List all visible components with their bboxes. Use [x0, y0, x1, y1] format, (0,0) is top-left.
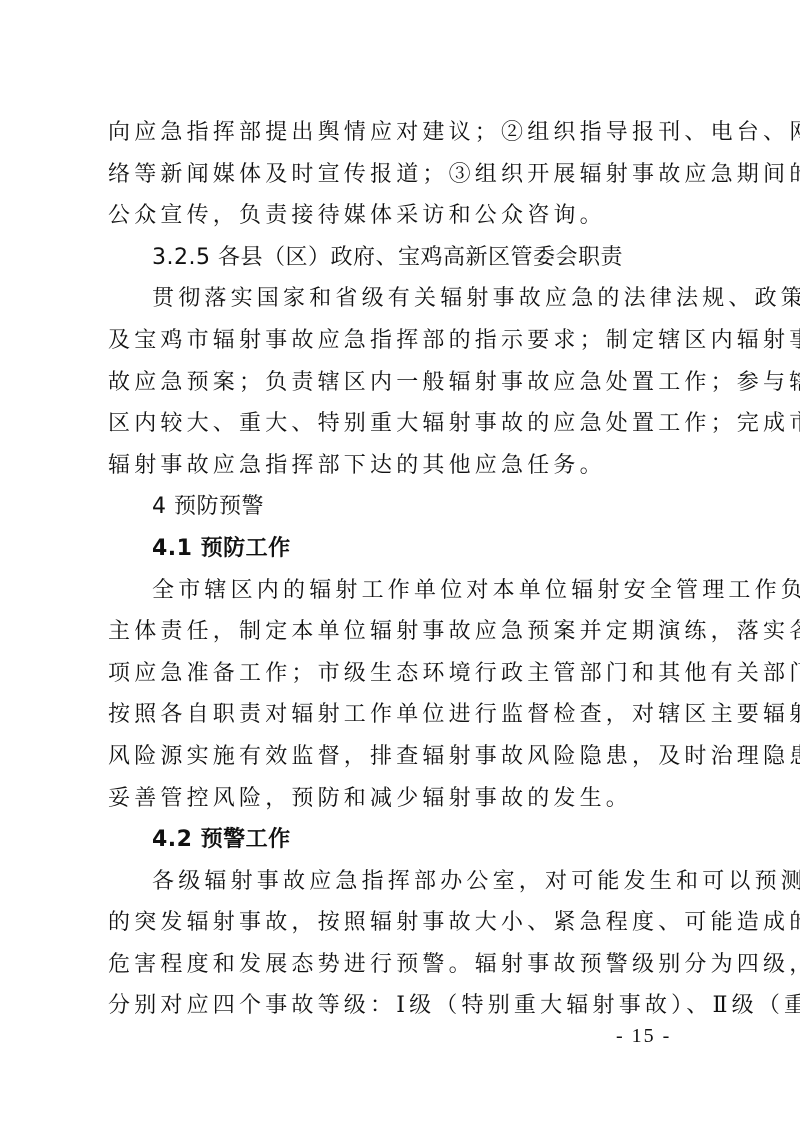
paragraph-line: 故应急预案；负责辖区内一般辐射事故应急处置工作；参与辖 [108, 362, 694, 404]
paragraph-line: 主体责任，制定本单位辐射事故应急预案并定期演练，落实各 [108, 611, 694, 653]
section-heading-4: 4 预防预警 [108, 486, 694, 528]
paragraph-line: 按照各自职责对辐射工作单位进行监督检查，对辖区主要辐射 [108, 694, 694, 736]
paragraph-line: 区内较大、重大、特别重大辐射事故的应急处置工作；完成市 [108, 403, 694, 445]
section-heading-4-2: 4.2 预警工作 [108, 819, 694, 861]
paragraph-line: 公众宣传，负责接待媒体采访和公众咨询。 [108, 195, 694, 237]
paragraph-line: 各级辐射事故应急指挥部办公室，对可能发生和可以预测 [108, 861, 694, 903]
paragraph-line: 分别对应四个事故等级：Ⅰ级（特别重大辐射事故）、Ⅱ级（重 [108, 985, 694, 1027]
section-heading-3-2-5: 3.2.5 各县（区）政府、宝鸡高新区管委会职责 [108, 237, 694, 279]
section-heading-4-1: 4.1 预防工作 [108, 528, 694, 570]
page-number: - 15 - [616, 1025, 671, 1048]
paragraph-line: 妥善管控风险，预防和减少辐射事故的发生。 [108, 778, 694, 820]
document-body: 向应急指挥部提出舆情应对建议；②组织指导报刊、电台、网 络等新闻媒体及时宣传报道… [108, 112, 694, 1027]
document-page: 向应急指挥部提出舆情应对建议；②组织指导报刊、电台、网 络等新闻媒体及时宣传报道… [0, 0, 800, 1131]
paragraph-line: 风险源实施有效监督，排查辐射事故风险隐患，及时治理隐患， [108, 736, 694, 778]
paragraph-line: 危害程度和发展态势进行预警。辐射事故预警级别分为四级， [108, 944, 694, 986]
paragraph-line: 的突发辐射事故，按照辐射事故大小、紧急程度、可能造成的 [108, 902, 694, 944]
paragraph-line: 辐射事故应急指挥部下达的其他应急任务。 [108, 445, 694, 487]
paragraph-line: 向应急指挥部提出舆情应对建议；②组织指导报刊、电台、网 [108, 112, 694, 154]
paragraph-line: 贯彻落实国家和省级有关辐射事故应急的法律法规、政策 [108, 278, 694, 320]
paragraph-line: 项应急准备工作；市级生态环境行政主管部门和其他有关部门 [108, 653, 694, 695]
paragraph-line: 全市辖区内的辐射工作单位对本单位辐射安全管理工作负 [108, 570, 694, 612]
paragraph-line: 络等新闻媒体及时宣传报道；③组织开展辐射事故应急期间的 [108, 154, 694, 196]
paragraph-line: 及宝鸡市辐射事故应急指挥部的指示要求；制定辖区内辐射事 [108, 320, 694, 362]
